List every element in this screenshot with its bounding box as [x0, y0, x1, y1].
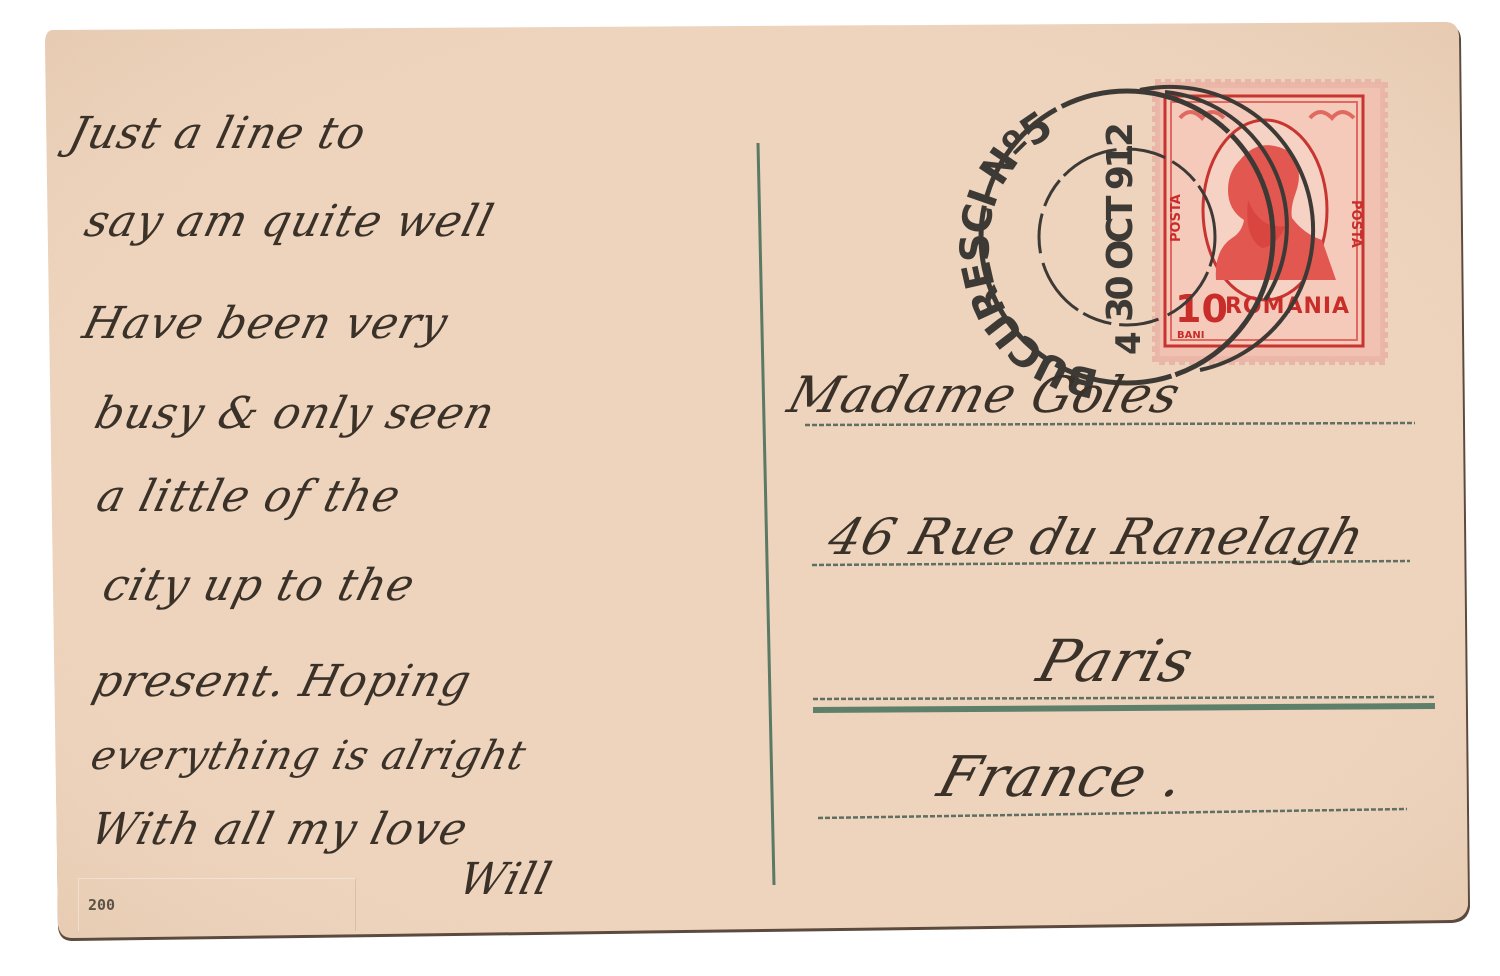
postcard-back: POSTA POSTA 10 BANI ROMANIA BUCURESCI Nº…: [0, 0, 1500, 976]
address-solid-line: [813, 706, 1435, 710]
message-line-9: With all my love: [87, 808, 473, 852]
address-street: 46 Rue du Ranelagh: [823, 512, 1371, 562]
message-signature: Will: [455, 858, 557, 902]
publisher-emboss: [78, 878, 356, 931]
postmark-prefix: 4: [1109, 331, 1149, 355]
address-country: France .: [932, 750, 1191, 806]
message-line-7: present. Hoping: [89, 660, 476, 704]
message-line-6: city up to the: [99, 564, 420, 608]
message-line-2: say am quite well: [81, 200, 499, 244]
stamp-value: 10: [1175, 287, 1228, 331]
message-line-5: a little of the: [93, 475, 406, 519]
message-line-3: Have been very: [79, 302, 453, 346]
stamp-posta-right: POSTA: [1348, 200, 1363, 248]
message-line-4: busy & only seen: [91, 392, 500, 436]
stamp-unit: BANI: [1177, 330, 1204, 341]
card-serial-number: 200: [88, 896, 115, 914]
message-line-1: Just a line to: [65, 112, 371, 156]
stamp-posta-left: POSTA: [1169, 194, 1184, 242]
address-recipient: Madame Goles: [783, 370, 1186, 420]
postmark-date: 30 OCT 912: [1100, 122, 1141, 322]
address-city: Paris: [1032, 632, 1201, 690]
message-line-8: everything is alright: [87, 736, 530, 776]
